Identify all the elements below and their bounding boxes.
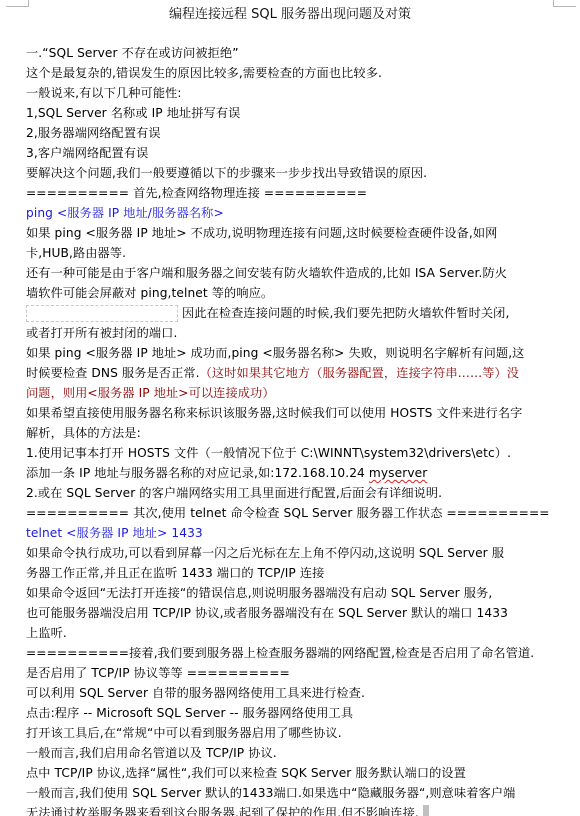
note-text: 问题，则用<服务器 IP 地址>可以连接成功）: [26, 383, 561, 403]
paragraph-line: 卡,HUB,路由器等.: [26, 243, 561, 263]
document-body[interactable]: 一.“SQL Server 不存在或访问被拒绝” 这个是最复杂的,错误发生的原因…: [26, 43, 561, 816]
paragraph-line: 点中 TCP/IP 协议,选择“属性“,我们可以来检查 SQK Server 服…: [26, 763, 561, 783]
paragraph-line: 如果命令返回“无法打开连接“的错误信息,则说明服务器端没有启动 SQL Serv…: [26, 583, 561, 603]
step-divider: ========== 其次,使用 telnet 命令检查 SQL Server …: [26, 503, 561, 523]
step-divider: ==========接着,我们要到服务器上检查服务器端的网络配置,检查是否启用了…: [26, 643, 561, 663]
paragraph-line: 可以利用 SQL Server 自带的服务器网络使用工具来进行检查.: [26, 683, 561, 703]
telnet-command: telnet <服务器 IP 地址> 1433: [26, 523, 561, 543]
note-text: （这时如果其它地方（服务器配置，连接字符串……等）没: [200, 366, 519, 380]
text-cursor-selection: [423, 805, 429, 816]
paragraph-line: 如果希望直接使用服务器名称来标识该服务器,这时候我们可以使用 HOSTS 文件来…: [26, 403, 561, 423]
document-title: 编程连接远程 SQL 服务器出现问题及对策: [0, 6, 580, 24]
paragraph-line: 如果 ping <服务器 IP 地址> 成功而,ping <服务器名称> 失败，…: [26, 343, 561, 363]
paragraph-text: 时候要检查 DNS 服务是否正常.: [26, 366, 200, 380]
paragraph-line: 也可能服务器端没启用 TCP/IP 协议,或者服务器端没有在 SQL Serve…: [26, 603, 561, 623]
paragraph-line: 点击:程序 -- Microsoft SQL Server -- 服务器网络使用…: [26, 703, 561, 723]
step-divider: 是否启用了 TCP/IP 协议等等 ==========: [26, 663, 561, 683]
paragraph-line: 或者打开所有被封闭的端口.: [26, 323, 561, 343]
step-divider: ========== 首先,检查网络物理连接 ==========: [26, 183, 561, 203]
list-item: 3,客户端网络配置有误: [26, 143, 561, 163]
paragraph-line: 解析，具体的方法是:: [26, 423, 561, 443]
list-item: 2,服务器端网络配置有误: [26, 123, 561, 143]
paragraph-line: 务器工作正常,并且正在监听 1433 端口的 TCP/IP 连接: [26, 563, 561, 583]
paragraph-line: 一般而言,我们使用 SQL Server 默认的1433端口.如果选中“隐藏服务…: [26, 783, 561, 803]
paragraph-text: 因此在检查连接问题的时候,我们要先把防火墙软件暂时关闭,: [182, 306, 509, 320]
ping-command: ping <服务器 IP 地址/服务器名称>: [26, 203, 561, 223]
paragraph-line: 时候要检查 DNS 服务是否正常.（这时如果其它地方（服务器配置，连接字符串………: [26, 363, 561, 383]
paragraph-line: 打开该工具后,在“常规“中可以看到服务器启用了哪些协议.: [26, 723, 561, 743]
paragraph-line: 上监听.: [26, 623, 561, 643]
list-item: 1,SQL Server 名称或 IP 地址拼写有误: [26, 103, 561, 123]
empty-image-placeholder: [26, 305, 178, 322]
list-item: 1.使用记事本打开 HOSTS 文件（一般情况下位于 C:\WINNT\syst…: [26, 443, 561, 463]
paragraph-line: 这个是最复杂的,错误发生的原因比较多,需要检查的方面也比较多.: [26, 63, 561, 83]
paragraph-text: 无法通过枚举服务器来看到这台服务器,起到了保护的作用,但不影响连接.: [26, 806, 419, 816]
paragraph-line: 无法通过枚举服务器来看到这台服务器,起到了保护的作用,但不影响连接.: [26, 803, 561, 816]
paragraph-line: 因此在检查连接问题的时候,我们要先把防火墙软件暂时关闭,: [26, 303, 561, 323]
paragraph-line: 还有一种可能是由于客户端和服务器之间安装有防火墙软件造成的,比如 ISA Ser…: [26, 263, 561, 283]
paragraph-line: 一般而言,我们启用命名管道以及 TCP/IP 协议.: [26, 743, 561, 763]
spellcheck-flagged-word[interactable]: myserver: [369, 466, 427, 480]
paragraph-line: 如果命令执行成功,可以看到屏幕一闪之后光标在左上角不停闪动,这说明 SQL Se…: [26, 543, 561, 563]
list-item: 2.或在 SQL Server 的客户端网络实用工具里面进行配置,后面会有详细说…: [26, 483, 561, 503]
paragraph-line: 墙软件可能会屏蔽对 ping,telnet 等的响应。: [26, 283, 561, 303]
paragraph-line: 如果 ping <服务器 IP 地址> 不成功,说明物理连接有问题,这时候要检查…: [26, 223, 561, 243]
section-heading: 一.“SQL Server 不存在或访问被拒绝”: [26, 43, 561, 63]
paragraph-line: 一般说来,有以下几种可能性:: [26, 83, 561, 103]
paragraph-line: 添加一条 IP 地址与服务器名称的对应记录,如:172.168.10.24 my…: [26, 463, 561, 483]
paragraph-line: 要解决这个问题,我们一般要遵循以下的步骤来一步步找出导致错误的原因.: [26, 163, 561, 183]
paragraph-text: 添加一条 IP 地址与服务器名称的对应记录,如:172.168.10.24: [26, 466, 369, 480]
